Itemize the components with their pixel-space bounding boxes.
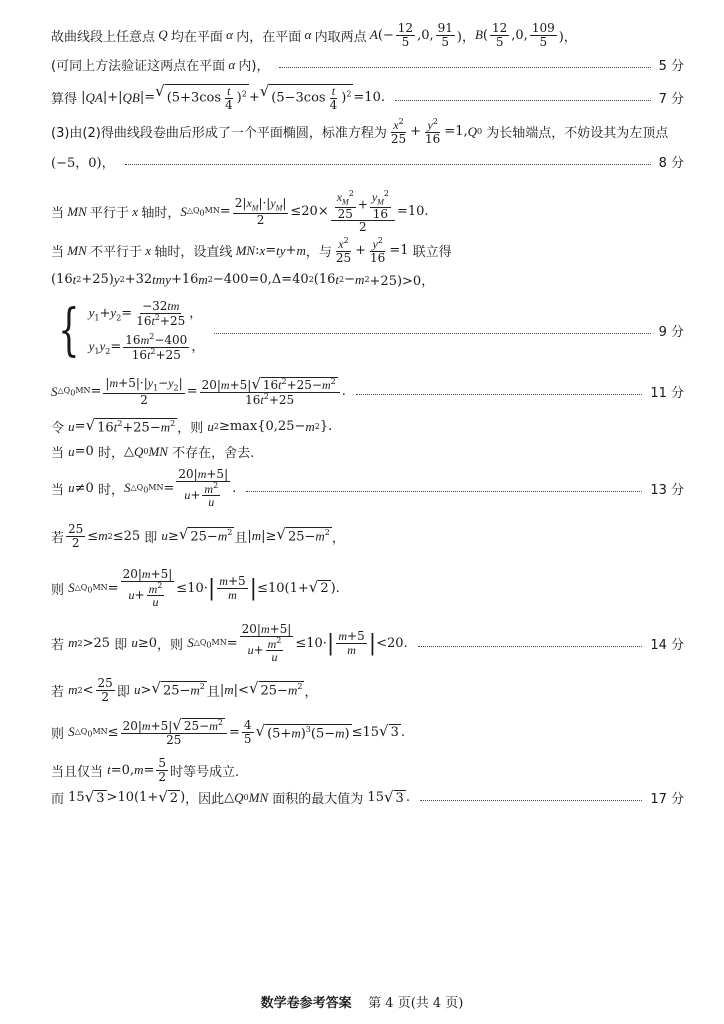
- text: 则: [51, 579, 64, 598]
- score-11: 11 分: [650, 382, 684, 401]
- solution-line-1: 故曲线段上任意点 Q 均在平面 α 内，在平面 α 内取两点 A(−125,0,…: [51, 22, 684, 48]
- solution-line-3: 算得 |QA|+|QB|=√(5+3cost4)2+√(5−3cost4)2=1…: [51, 84, 684, 111]
- brace-icon: {: [58, 303, 79, 359]
- page-number: 第 4 页(共 4 页): [368, 996, 463, 1011]
- text: 内，在平面: [236, 26, 301, 45]
- solution-line-16: 若 m2>25 即 u≥0 ，则 S△Q0MN=20|m+5|u+m2u≤10·…: [51, 623, 684, 664]
- text: 平行于: [90, 202, 129, 221]
- text: 时，: [98, 442, 124, 461]
- text: 为长轴端点，不妨设其为左顶点: [486, 122, 668, 141]
- score-9: 9 分: [659, 321, 684, 340]
- text: ，与: [306, 241, 332, 260]
- score-8: 8 分: [659, 152, 684, 171]
- leader-dots: [214, 333, 650, 334]
- text: 且: [207, 681, 220, 700]
- solution-line-11: 令 u=√16t2+25−m2 ，则 u2≥max{0,25−m2}.: [51, 417, 684, 436]
- text: 当: [51, 202, 64, 221]
- text: 故曲线段上任意点: [51, 26, 155, 45]
- text: 内)，: [238, 55, 269, 74]
- text: 即: [144, 527, 157, 546]
- text: 即: [114, 634, 127, 653]
- solution-line-19: 当且仅当 t=0,m=52 时等号成立.: [51, 757, 684, 783]
- text: 时，: [98, 479, 124, 498]
- text: 且: [234, 527, 247, 546]
- solution-line-18: 则 S△Q0MN≤20|m+5|√25−m225=45√(5+m)3(5−m)≤…: [51, 718, 684, 747]
- score-14: 14 分: [650, 634, 684, 653]
- text: 而: [51, 788, 64, 807]
- text: 均在平面: [171, 26, 223, 45]
- solution-line-17: 若 m2<252 即 u>√25−m2 且 |m|<√25−m2，: [51, 677, 684, 703]
- leader-dots: [395, 100, 651, 101]
- solution-line-13: 当 u≠0 时， S△Q0MN=20|m+5|u+m2u. 13 分: [51, 468, 684, 509]
- footer-title: 数学卷参考答案: [261, 996, 352, 1011]
- solution-line-2: (可同上方法验证这两点在平面 α 内)， 5 分: [51, 55, 684, 74]
- text: 面积的最大值为: [272, 788, 363, 807]
- text: 即: [117, 681, 130, 700]
- solution-line-10: S△Q0MN=|m+5|·|y1−y2|2=20|m+5|√16t2+25−m2…: [51, 377, 684, 407]
- text: 不平行于: [90, 241, 142, 260]
- equation-system: { y1+y2=−32tm16t2+25， y1y2=16m2−40016t2+…: [51, 300, 684, 361]
- leader-dots: [125, 164, 651, 165]
- text: 当: [51, 241, 64, 260]
- text: 不存在，舍去.: [172, 442, 254, 461]
- text: 轴时，设直线: [154, 241, 232, 260]
- solution-line-4: (3)由(2)得曲线段卷曲后形成了一个平面椭圆，标准方程为 x225+y216=…: [51, 118, 684, 145]
- text: 内取两点: [315, 26, 367, 45]
- solution-line-15: 则 S△Q0MN=20|m+5|u+m2u≤10·|m+5m|≤10(1+√2)…: [51, 568, 684, 609]
- solution-line-6: 当 MN 平行于 x 轴时， S△Q0MN=2|xM|·|yM|2≤20×xM2…: [51, 190, 684, 234]
- solution-line-5: (−5，0)， 8 分: [51, 152, 684, 171]
- score-5: 5 分: [659, 55, 684, 74]
- page-footer: 数学卷参考答案 第 4 页(共 4 页): [0, 992, 724, 1011]
- score-7: 7 分: [659, 88, 684, 107]
- score-13: 13 分: [650, 479, 684, 498]
- text: ，因此: [185, 788, 224, 807]
- text: ，则: [177, 417, 203, 436]
- leader-dots: [246, 491, 642, 492]
- leader-dots: [420, 800, 642, 801]
- text: ，则: [157, 634, 183, 653]
- text: 若: [51, 634, 64, 653]
- text: 若: [51, 527, 64, 546]
- text: 联立得: [413, 241, 452, 260]
- leader-dots: [356, 394, 642, 395]
- text: 则: [51, 723, 64, 742]
- text: (3)由(2)得曲线段卷曲后形成了一个平面椭圆，标准方程为: [51, 122, 387, 141]
- solution-line-7: 当 MN 不平行于 x 轴时，设直线 MN:x=ty+m ，与 x225+y21…: [51, 237, 684, 264]
- text: 令: [51, 417, 64, 436]
- leader-dots: [418, 646, 643, 647]
- text: 当且仅当: [51, 761, 103, 780]
- solution-line-12: 当 u=0 时， △Q0MN 不存在，舍去.: [51, 442, 684, 461]
- text: 轴时，: [141, 202, 180, 221]
- solution-line-8: (16t2+25)y2+32tmy+16m2−400=0,Δ=402(16t2−…: [51, 270, 684, 289]
- text: 当: [51, 442, 64, 461]
- text: 时等号成立.: [170, 761, 239, 780]
- text: (可同上方法验证这两点在平面: [51, 55, 225, 74]
- solution-line-20: 而 15√3>10(1+√2) ，因此 △Q0MN 面积的最大值为 15√3. …: [51, 788, 684, 807]
- leader-dots: [279, 67, 650, 68]
- score-17: 17 分: [650, 788, 684, 807]
- text: 算得: [51, 88, 77, 107]
- text: 若: [51, 681, 64, 700]
- text: (−5，0)，: [51, 152, 115, 171]
- solution-line-14: 若 252≤m2≤25 即 u≥√25−m2 且 |m|≥√25−m2，: [51, 523, 684, 549]
- text: 当: [51, 479, 64, 498]
